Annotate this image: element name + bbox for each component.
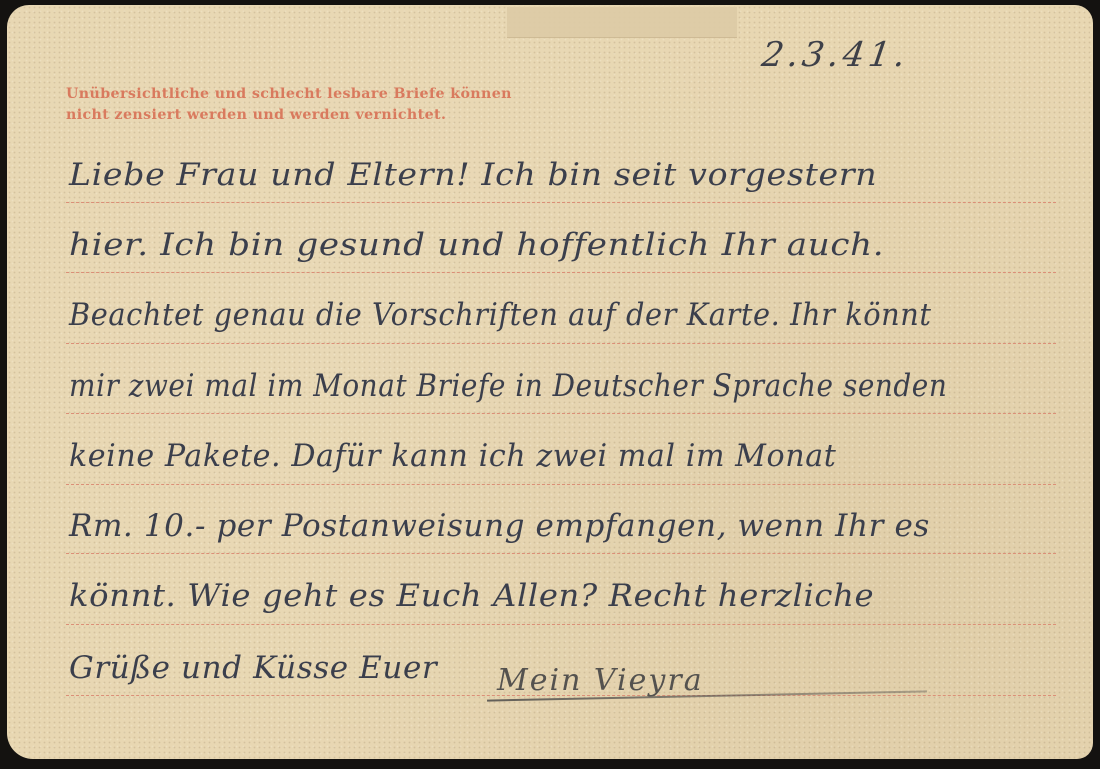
- signature: Mein Vieyra: [497, 663, 704, 698]
- postcard: 2.3.41. Unübersichtliche und schlecht le…: [7, 5, 1093, 759]
- warning-line-2: nicht zensiert werden und werden vernich…: [66, 105, 512, 126]
- handwritten-line-3: Beachtet genau die Vorschriften auf der …: [69, 297, 932, 333]
- ruled-line: [66, 484, 1056, 485]
- printed-censorship-warning: Unübersichtliche und schlecht lesbare Br…: [66, 84, 512, 126]
- ruled-line: [66, 553, 1056, 554]
- handwritten-date: 2.3.41.: [759, 35, 912, 75]
- handwritten-line-6: Rm. 10.- per Postanweisung empfangen, we…: [69, 508, 930, 544]
- handwritten-line-8: Grüße und Küsse Euer: [69, 650, 437, 686]
- handwritten-line-5: keine Pakete. Dafür kann ich zwei mal im…: [69, 438, 836, 474]
- handwritten-line-1: Liebe Frau und Eltern! Ich bin seit vorg…: [69, 157, 877, 193]
- handwritten-line-2: hier. Ich bin gesund und hoffentlich Ihr…: [69, 227, 884, 263]
- ruled-line: [66, 413, 1056, 414]
- ruled-line: [66, 202, 1056, 203]
- warning-line-1: Unübersichtliche und schlecht lesbare Br…: [66, 84, 512, 105]
- handwritten-line-7: könnt. Wie geht es Euch Allen? Recht her…: [69, 578, 874, 614]
- ruled-line: [66, 272, 1056, 273]
- tape-strip: [507, 7, 737, 38]
- handwritten-line-4: mir zwei mal im Monat Briefe in Deutsche…: [69, 368, 947, 404]
- ruled-line: [66, 343, 1056, 344]
- ruled-line: [66, 624, 1056, 625]
